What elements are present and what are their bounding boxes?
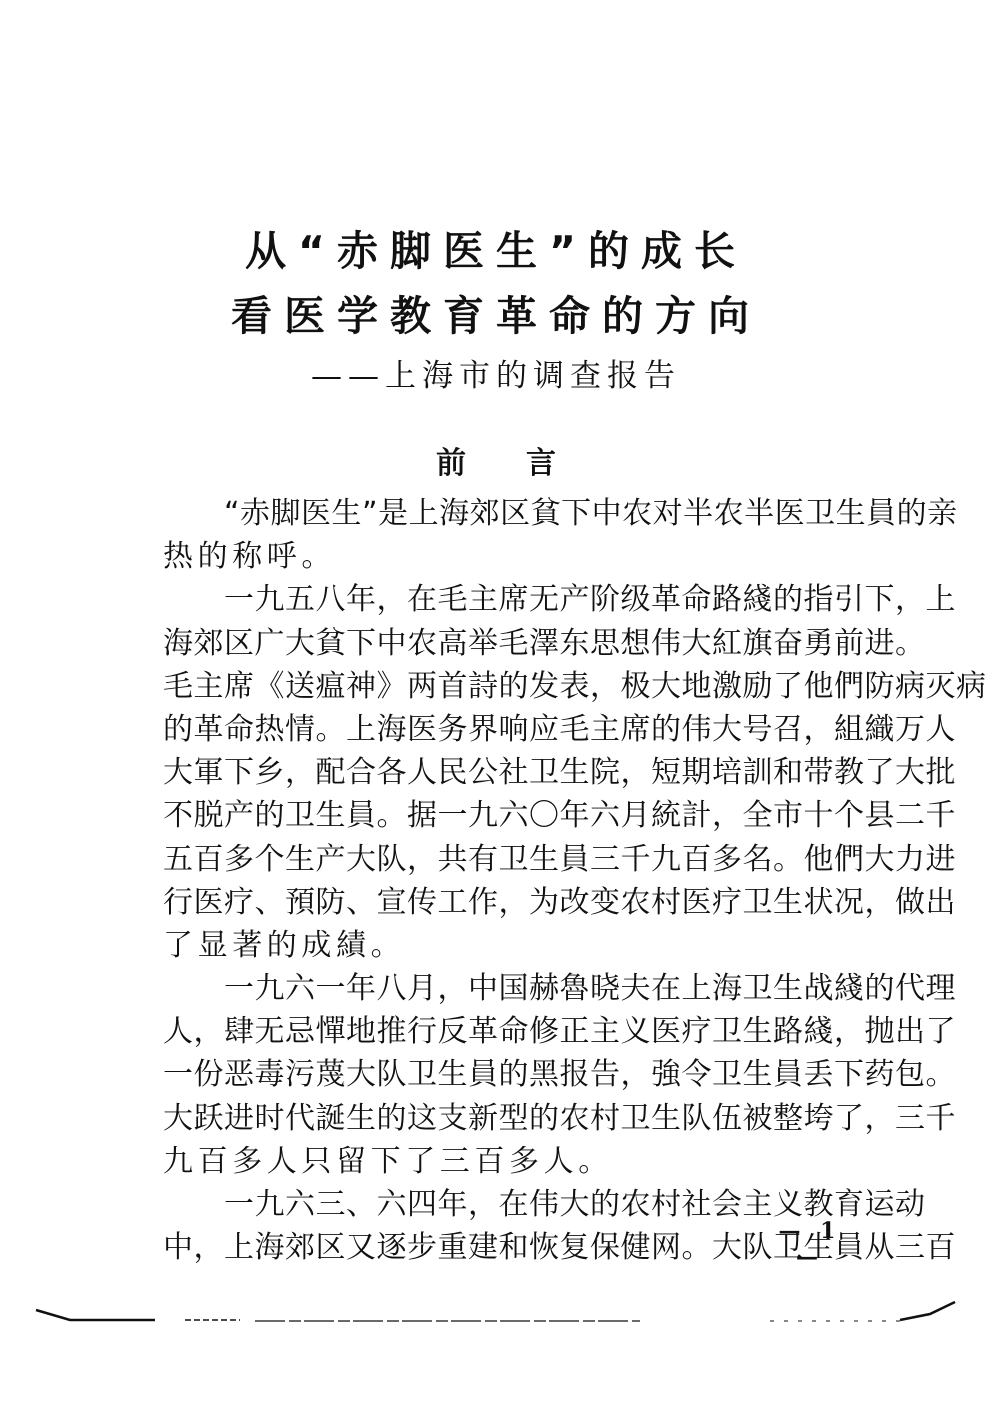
text-line: 行医疗、預防、宣传工作，为改变农村医疗卫生状况，做出: [163, 881, 863, 924]
text-line: “赤脚医生”是上海郊区貧下中农对半农半医卫生員的亲: [163, 492, 863, 535]
document-title-line-2: 看医学教育革命的方向: [0, 283, 992, 342]
text-line: 海郊区广大貧下中农高举毛澤东思想伟大紅旗奋勇前进。: [163, 622, 863, 665]
document-page: 从“赤脚医生”的成长 看医学教育革命的方向 ——上海市的调查报告 前言 “赤脚医…: [0, 0, 992, 1403]
text-line: 大軍下乡，配合各人民公社卫生院，短期培訓和带教了大批: [163, 751, 863, 794]
text-line: 五百多个生产大队，共有卫生員三千九百多名。他們大力进: [163, 838, 863, 881]
text-line: 毛主席《送瘟神》两首詩的发表，极大地激励了他們防病灭病: [163, 665, 863, 708]
section-heading-preface: 前言: [0, 438, 992, 482]
text-line: 了显著的成績。: [163, 924, 863, 967]
text-line: 一份恶毒污蔑大队卫生員的黑报告，強令卫生員丢下药包。: [163, 1053, 863, 1096]
document-subtitle: ——上海市的调查报告: [0, 350, 992, 395]
document-title-line-1: 从“赤脚医生”的成长: [0, 218, 992, 277]
page-number: — 1 —: [760, 1218, 860, 1270]
text-line: 人，肆无忌憚地推行反革命修正主义医疗卫生路綫，抛出了: [163, 1010, 863, 1053]
text-line: 一九六一年八月，中国赫魯晓夫在上海卫生战綫的代理: [163, 967, 863, 1010]
text-line: 一九六三、六四年，在伟大的农村社会主义教育运动: [163, 1183, 863, 1226]
body-text: “赤脚医生”是上海郊区貧下中农对半农半医卫生員的亲 热的称呼。 一九五八年，在毛…: [163, 492, 863, 1269]
text-line: 一九五八年，在毛主席无产阶级革命路綫的指引下，上: [163, 578, 863, 621]
text-line: 大跃进时代誕生的这支新型的农村卫生队伍被整垮了，三千: [163, 1097, 863, 1140]
scan-edge-artifact: [0, 1300, 992, 1340]
text-line: 中，上海郊区又逐步重建和恢复保健网。大队卫生員从三百: [163, 1226, 863, 1269]
text-line: 九百多人只留下了三百多人。: [163, 1140, 863, 1183]
text-line: 热的称呼。: [163, 535, 863, 578]
text-line: 的革命热情。上海医务界响应毛主席的伟大号召，組織万人: [163, 708, 863, 751]
text-line: 不脱产的卫生員。据一九六〇年六月統計，全市十个县二千: [163, 794, 863, 837]
